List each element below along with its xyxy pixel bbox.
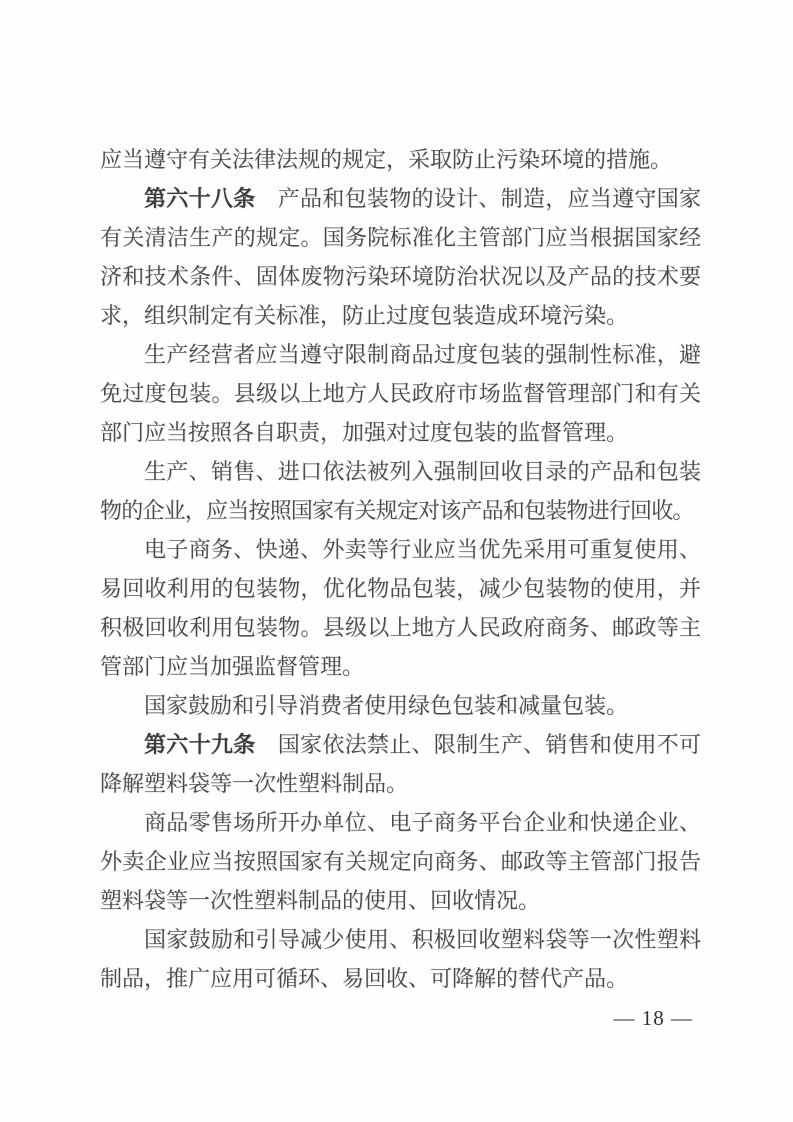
article-text: 国家依法禁止、限制生产、销售和使用不可 [255,733,701,758]
text-line: 国家鼓励和引导减少使用、积极回收塑料袋等一次性塑料 [100,921,701,960]
text-line: 降解塑料袋等一次性塑料制品。 [100,765,701,804]
text-line: 免过度包装。县级以上地方人民政府市场监督管理部门和有关 [100,375,701,414]
text-line: 商品零售场所开办单位、电子商务平台企业和快递企业、 [100,804,701,843]
text-line: 济和技术条件、固体废物污染环境防治状况以及产品的技术要 [100,258,701,297]
text-line: 应当遵守有关法律法规的规定，采取防止污染环境的措施。 [100,141,701,180]
document-page: 应当遵守有关法律法规的规定，采取防止污染环境的措施。第六十八条 产品和包装物的设… [0,0,793,1122]
text-line: 第六十九条 国家依法禁止、限制生产、销售和使用不可 [100,726,701,765]
text-line: 物的企业，应当按照国家有关规定对该产品和包装物进行回收。 [100,492,701,531]
article-number: 第六十九条 [144,733,255,758]
text-line: 生产经营者应当遵守限制商品过度包装的强制性标准，避 [100,336,701,375]
text-line: 外卖企业应当按照国家有关规定向商务、邮政等主管部门报告 [100,843,701,882]
text-line: 制品，推广应用可循环、易回收、可降解的替代产品。 [100,960,701,999]
text-line: 有关清洁生产的规定。国务院标准化主管部门应当根据国家经 [100,219,701,258]
document-text-block: 应当遵守有关法律法规的规定，采取防止污染环境的措施。第六十八条 产品和包装物的设… [100,141,701,999]
text-line: 生产、销售、进口依法被列入强制回收目录的产品和包装 [100,453,701,492]
text-line: 电子商务、快递、外卖等行业应当优先采用可重复使用、 [100,531,701,570]
article-text: 产品和包装物的设计、制造，应当遵守国家 [255,187,701,212]
text-line: 求，组织制定有关标准，防止过度包装造成环境污染。 [100,297,701,336]
text-line: 积极回收利用包装物。县级以上地方人民政府商务、邮政等主 [100,609,701,648]
text-line: 易回收利用的包装物，优化物品包装，减少包装物的使用，并 [100,570,701,609]
text-line: 部门应当按照各自职责，加强对过度包装的监督管理。 [100,414,701,453]
article-number: 第六十八条 [144,187,255,212]
page-number: — 18 — [614,1006,694,1031]
text-line: 第六十八条 产品和包装物的设计、制造，应当遵守国家 [100,180,701,219]
text-line: 管部门应当加强监督管理。 [100,648,701,687]
text-line: 国家鼓励和引导消费者使用绿色包装和减量包装。 [100,687,701,726]
text-line: 塑料袋等一次性塑料制品的使用、回收情况。 [100,882,701,921]
